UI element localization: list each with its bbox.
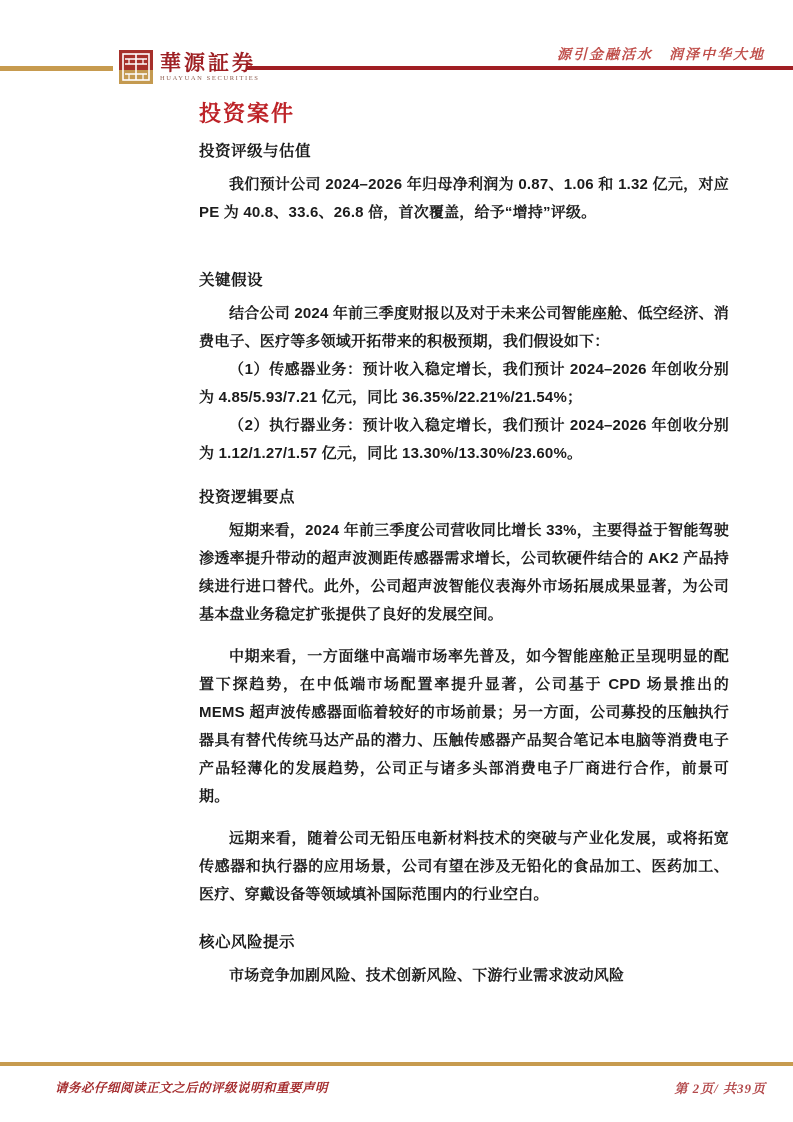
- section-key-assumptions: 关键假设 结合公司 2024 年前三季度财报以及对于未来公司智能座舱、低空经济、…: [199, 271, 729, 468]
- section-core-risks: 核心风险提示 市场竞争加剧风险、技术创新风险、下游行业需求波动风险: [199, 933, 729, 990]
- section-heading: 投资逻辑要点: [199, 488, 729, 508]
- section-heading: 投资评级与估值: [199, 142, 729, 162]
- logo-wordmark: 華源証券 HUAYUAN SECURITIES: [160, 50, 260, 83]
- paragraph: 我们预计公司 2024–2026 年归母净利润为 0.87、1.06 和 1.3…: [199, 171, 729, 227]
- page-title: 投资案件: [199, 100, 729, 128]
- huayuan-seal-icon: [119, 50, 153, 84]
- paragraph: （1）传感器业务：预计收入稳定增长，我们预计 2024–2026 年创收分别为 …: [199, 356, 729, 412]
- footer-disclaimer: 请务必仔细阅读正文之后的评级说明和重要声明: [55, 1078, 328, 1096]
- section-heading: 关键假设: [199, 271, 729, 291]
- header-red-rule: [246, 66, 793, 70]
- logo-name-en: HUAYUAN SECURITIES: [160, 74, 260, 83]
- footer-page-number: 第 2页/ 共39页: [674, 1078, 766, 1097]
- paragraph: 结合公司 2024 年前三季度财报以及对于未来公司智能座舱、低空经济、消费电子、…: [199, 300, 729, 356]
- paragraph: 中期来看，一方面继中高端市场率先普及，如今智能座舱正呈现明显的配置下探趋势，在中…: [199, 643, 729, 811]
- paragraph: 远期来看，随着公司无铅压电新材料技术的突破与产业化发展，或将拓宽传感器和执行器的…: [199, 825, 729, 909]
- header-gold-rule: [0, 66, 113, 71]
- paragraph: 短期来看，2024 年前三季度公司营收同比增长 33%，主要得益于智能驾驶渗透率…: [199, 517, 729, 629]
- logo-name-cn: 華源証券: [160, 52, 260, 74]
- section-heading: 核心风险提示: [199, 933, 729, 953]
- section-rating-valuation: 投资评级与估值 我们预计公司 2024–2026 年归母净利润为 0.87、1.…: [199, 142, 729, 227]
- paragraph: 市场竞争加剧风险、技术创新风险、下游行业需求波动风险: [199, 962, 729, 990]
- section-investment-logic: 投资逻辑要点 短期来看，2024 年前三季度公司营收同比增长 33%，主要得益于…: [199, 488, 729, 909]
- paragraph: （2）执行器业务：预计收入稳定增长，我们预计 2024–2026 年创收分别为 …: [199, 412, 729, 468]
- company-logo: 華源証券 HUAYUAN SECURITIES: [119, 50, 260, 84]
- document-body: 投资案件 投资评级与估值 我们预计公司 2024–2026 年归母净利润为 0.…: [199, 100, 729, 990]
- footer-gold-rule: [0, 1062, 793, 1066]
- report-page: 華源証券 HUAYUAN SECURITIES 源引金融活水 润泽中华大地 投资…: [0, 0, 793, 1122]
- header-tagline: 源引金融活水 润泽中华大地: [557, 44, 765, 64]
